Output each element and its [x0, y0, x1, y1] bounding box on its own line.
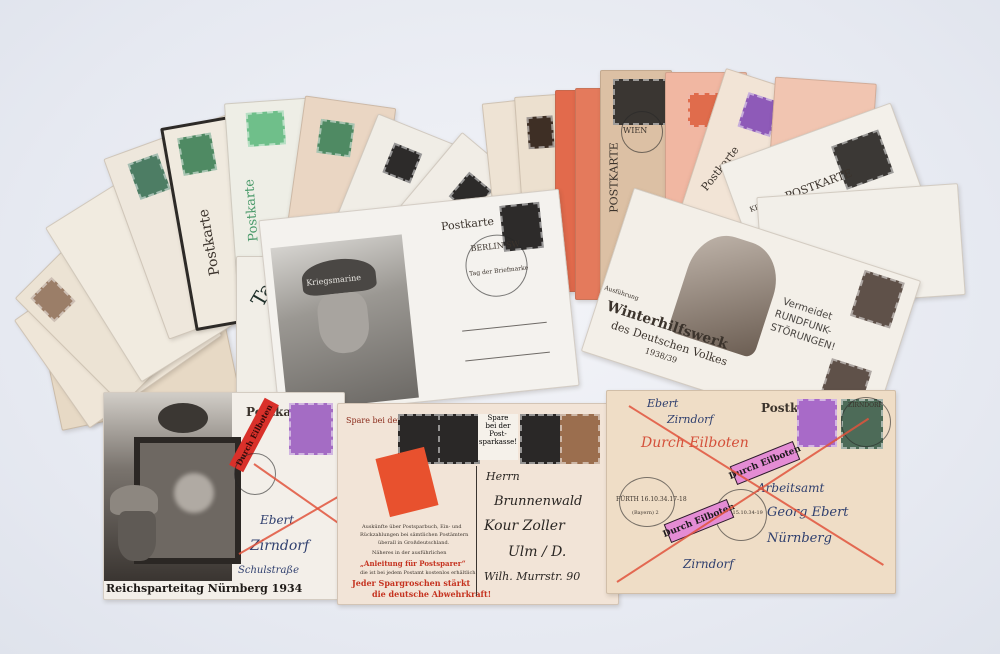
stamp-icon: [316, 119, 354, 157]
postcard-kriegsmarine: Kriegsmarine Postkarte BERLIN SW Tag der…: [258, 189, 579, 417]
handwritten-text: Ebert: [647, 397, 678, 410]
soldier-illustration: [104, 393, 232, 581]
postmark-label: ZIRNDORF: [848, 402, 883, 409]
handwritten-address: Herrn: [486, 470, 520, 483]
postcard-header: Postkarte: [440, 215, 494, 233]
stamp-icon: [560, 414, 600, 464]
info-text: Auskünfte über Postsparbuch, Ein- und: [362, 524, 462, 530]
handwritten-address: Wilh. Murrstr. 90: [484, 570, 580, 583]
stamp-icon: [797, 399, 837, 447]
handwritten-address: Schulstraße: [238, 565, 299, 576]
red-slogan: die deutsche Abwehrkraft!: [372, 589, 491, 599]
divider: [476, 466, 477, 596]
postcard-label: Postkarte: [242, 179, 261, 243]
stamp-icon: [850, 270, 905, 329]
handwritten-address: Brunnenwald: [494, 494, 582, 509]
postmark-label: FÜRTH 16.10.34.17-18: [616, 496, 687, 503]
stamp-icon: [177, 132, 217, 175]
postcard-label: WIEN: [623, 126, 647, 135]
red-slogan: Jeder Spargroschen stärkt: [352, 578, 470, 588]
postcard-label: Postkarte: [196, 208, 223, 277]
info-text: überall in Großdeutschland.: [378, 540, 449, 546]
postcard-eilboten: Postkarte ZIRNDORF FÜRTH 16.10.34.17-18 …: [606, 390, 896, 594]
handwritten-text: Nürnberg: [767, 531, 832, 546]
stamp-icon: [527, 115, 555, 149]
slogan-line: bei der: [478, 422, 518, 430]
stamp-icon: [438, 414, 480, 464]
stamp-icon: [520, 414, 562, 464]
handwritten-address: Kour Zoller: [484, 518, 565, 534]
card-caption: Reichsparteitag Nürnberg 1934: [106, 582, 302, 595]
postmark-text: Tag der Briefmarke: [469, 264, 529, 277]
slogan-label: Spare bei der Post- sparkasse!: [478, 414, 518, 460]
postcard-reichsparteitag: Reichsparteitag Nürnberg 1934 Postkarte …: [103, 392, 345, 600]
postcard-label: POSTKARTE: [608, 142, 621, 212]
spare-header: Spare bei der: [346, 416, 401, 425]
postmark-icon: ZIRNDORF: [841, 397, 891, 447]
info-text: die ist bei jedem Postamt kostenlos erhä…: [360, 570, 475, 576]
stamp-icon: [30, 277, 75, 322]
slogan-line: sparkasse!: [478, 438, 518, 446]
info-text: Näheres in der ausführlichen: [372, 550, 446, 556]
handwritten-text: Zirndorf: [667, 413, 714, 426]
postmark-label: BERLIN SW: [470, 239, 520, 253]
postmark-icon: FÜRTH 16.10.34.17-18 (Bayern) 2: [619, 477, 675, 527]
slogan-line: Post-: [478, 430, 518, 438]
handwritten-address: Ulm / D.: [508, 544, 566, 560]
booklet-title: „Anleitung für Postsparer“: [360, 559, 466, 568]
stamp-icon: [382, 143, 422, 184]
info-text: Rückzahlungen bei sämtlichen Postämtern: [360, 532, 468, 538]
stamp-icon: [289, 403, 333, 455]
stamp-icon: [127, 153, 170, 200]
handwritten-text: Zirndorf: [683, 557, 734, 571]
slogan-line: Spare: [478, 414, 518, 422]
postcard-spare: Spare bei der Spare bei der Post- sparka…: [337, 403, 619, 605]
sailor-illustration: Kriegsmarine: [270, 234, 418, 411]
photo-scene: Postkarte Postkarte Postkarte POSTKARTE …: [0, 0, 1000, 654]
stamp-icon: [246, 110, 286, 147]
postmark-sub: (Bayern) 2: [632, 510, 659, 516]
